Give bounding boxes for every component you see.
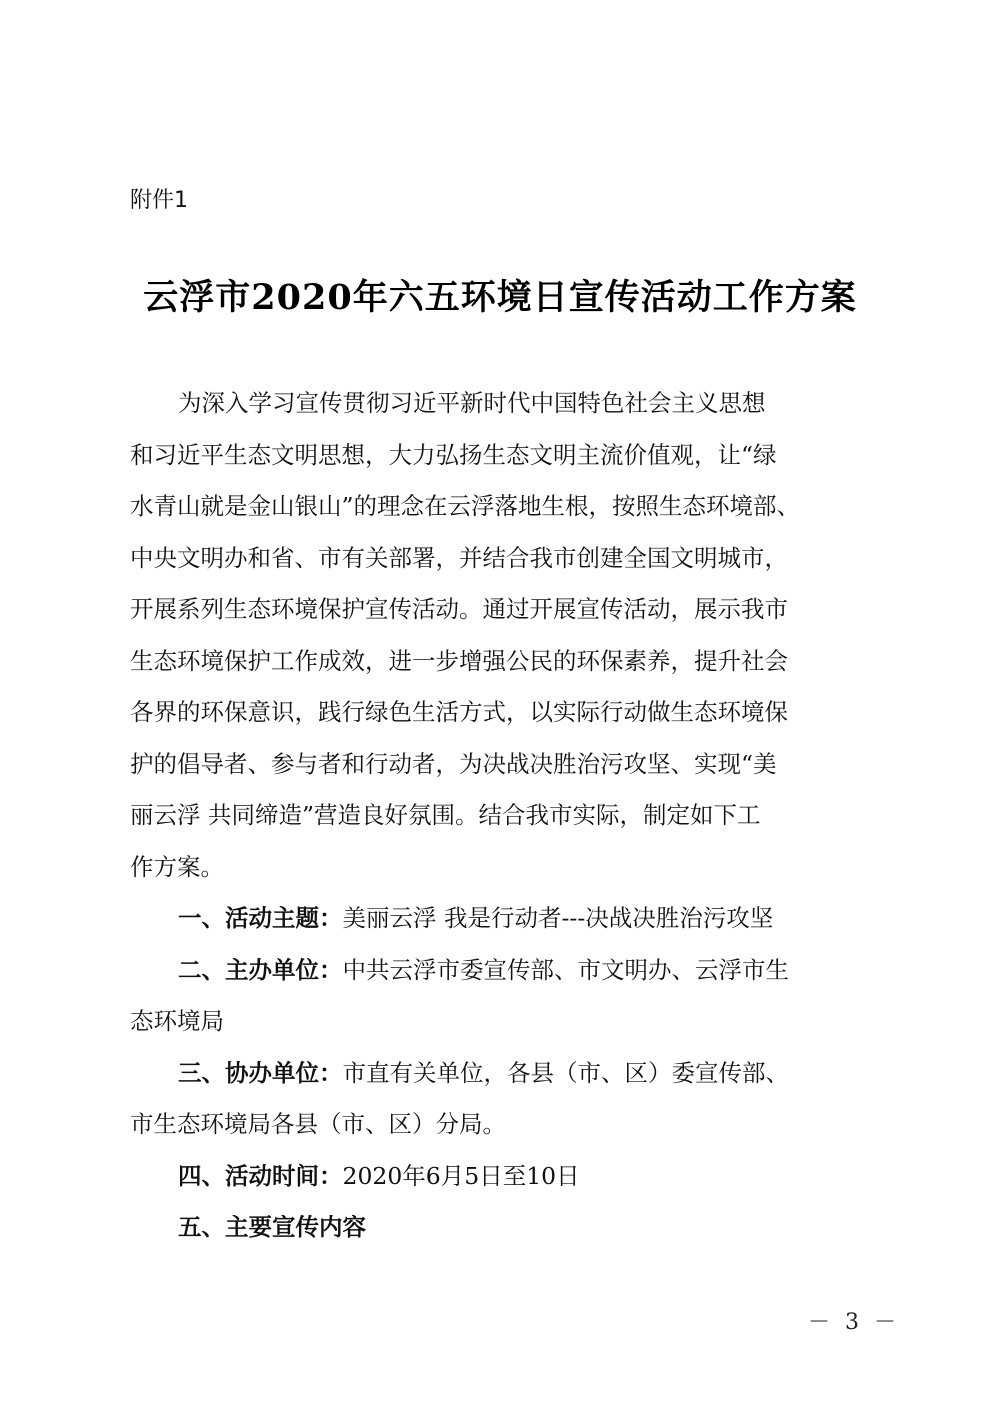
intro-paragraph: 为深入学习宣传贯彻习近平新时代中国特色社会主义思想 和习近平生态文明思想，大力弘… [130,378,870,893]
document-title: 云浮市2020年六五环境日宣传活动工作方案 [0,270,1000,320]
section-content-main: 五、主要宣传内容 [130,1202,870,1254]
section-time: 四、活动时间：2020年6月5日至10日 [130,1151,870,1203]
section-content: 中共云浮市委宣传部、市文明办、云浮市生 [343,956,790,984]
intro-line: 开展系列生态环境保护宣传活动。通过开展宣传活动，展示我市 [130,584,870,636]
section-heading: 五、主要宣传内容 [178,1213,366,1241]
section-organizers: 二、主办单位：中共云浮市委宣传部、市文明办、云浮市生 态环境局 [130,945,870,1048]
section-heading: 四、活动时间： [178,1162,343,1190]
intro-line: 各界的环保意识，践行绿色生活方式，以实际行动做生态环境保 [130,687,870,739]
intro-line: 水青山就是金山银山”的理念在云浮落地生根，按照生态环境部、 [130,481,870,533]
section-continuation: 市生态环境局各县（市、区）分局。 [130,1099,870,1151]
section-heading: 二、主办单位： [178,956,343,984]
intro-line: 和习近平生态文明思想，大力弘扬生态文明主流价值观，让“绿 [130,430,870,482]
intro-line: 生态环境保护工作成效，进一步增强公民的环保素养，提升社会 [130,636,870,688]
page-number: － 3 － [808,1305,900,1336]
intro-line: 护的倡导者、参与者和行动者，为决战决胜治污攻坚、实现“美 [130,739,870,791]
section-theme: 一、活动主题：美丽云浮 我是行动者---决战决胜治污攻坚 [130,893,870,945]
section-content: 2020年6月5日至10日 [343,1162,580,1190]
section-heading: 一、活动主题： [178,904,343,932]
section-heading: 三、协办单位： [178,1059,343,1087]
intro-line: 丽云浮 共同缔造”营造良好氛围。结合我市实际，制定如下工 [130,790,870,842]
section-content: 市直有关单位，各县（市、区）委宣传部、 [343,1059,790,1087]
section-content: 美丽云浮 我是行动者---决战决胜治污攻坚 [343,904,774,932]
section-co-organizers: 三、协办单位：市直有关单位，各县（市、区）委宣传部、 市生态环境局各县（市、区）… [130,1048,870,1151]
intro-line: 为深入学习宣传贯彻习近平新时代中国特色社会主义思想 [130,378,870,430]
section-continuation: 态环境局 [130,996,870,1048]
intro-line: 作方案。 [130,842,870,894]
attachment-label: 附件1 [130,183,188,214]
document-body: 为深入学习宣传贯彻习近平新时代中国特色社会主义思想 和习近平生态文明思想，大力弘… [130,378,870,1254]
intro-line: 中央文明办和省、市有关部署，并结合我市创建全国文明城市， [130,533,870,585]
